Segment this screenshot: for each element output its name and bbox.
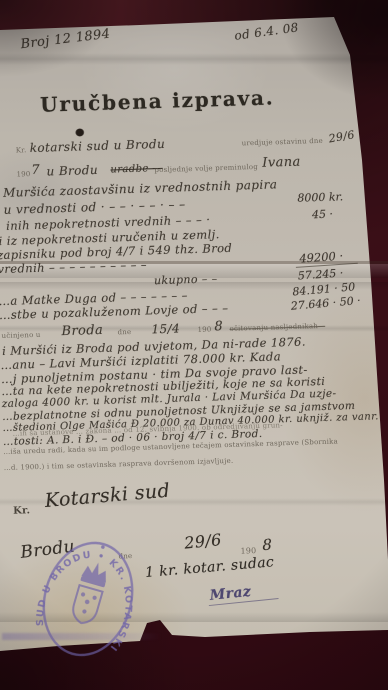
closing-court: Kotarski sud (44, 480, 171, 512)
coat-of-arms-icon (70, 585, 103, 626)
handles-date: 29/6 (328, 128, 356, 145)
estate-amount: 8000 kr. (297, 190, 343, 204)
bottom-imprint (2, 633, 162, 640)
year-hand: 7 (31, 163, 40, 178)
kr-label: Kr. (16, 146, 27, 154)
declaration-year-printed: 190 (197, 325, 211, 333)
will-label: posljednje volje preminulog (154, 163, 258, 174)
crown-icon (81, 561, 110, 587)
closing-year-hand: 8 (262, 536, 273, 554)
court-name: kotarski sud u Brodu (30, 137, 166, 155)
judge-signature: Mraz (207, 581, 278, 606)
estate-amount: 57.245 · (297, 266, 343, 282)
declaration-suffix: očitovanju nasljednikah— (229, 322, 325, 333)
intro-line: 190 7 u Brodu uradbe — posljednje volje … (0, 154, 382, 166)
ink-spot (75, 128, 84, 136)
judge-role: 1 kr. kotar. sudac (145, 554, 275, 581)
year-printed: 190 (16, 170, 30, 178)
header-line: Kr. kotarski sud u Brodu uredjuje ostavi… (0, 132, 381, 144)
handles-label: uredjuje ostavinu dne (242, 137, 323, 148)
deceased-name: Ivana (262, 155, 301, 171)
estate-amount: 45 · (312, 208, 333, 222)
dne-label: dne (117, 328, 131, 336)
declaration-year-hand: 8 (214, 319, 223, 334)
top-right-annotation: od 6.4. 08 (234, 20, 300, 43)
place-hand: u Brodu (46, 163, 98, 179)
closing-year-printed: 190 (240, 546, 256, 555)
estate-text: ukupno – – (154, 272, 218, 287)
closing-kr: Kr. (13, 505, 30, 517)
document-title: Uručbena izprava. (32, 85, 283, 117)
closing-date: 29/6 (183, 530, 222, 553)
printed-line: …d. 1900.) i tim se ostavinska rasprava … (4, 457, 234, 472)
estate-amount: 49200 · (295, 248, 358, 268)
top-left-annotation: Broj 12 1894 (20, 27, 111, 53)
estate-text: Muršića zaostavšinu iz vrednostnih papir… (3, 177, 278, 200)
declaration-date: 15/4 (151, 321, 180, 336)
declaration-prefix: učinjeno u (1, 331, 40, 340)
declaration-place: Broda (61, 323, 103, 339)
photo-of-document: Broj 12 1894 od 6.4. 08 Uručbena izprava… (0, 0, 388, 690)
